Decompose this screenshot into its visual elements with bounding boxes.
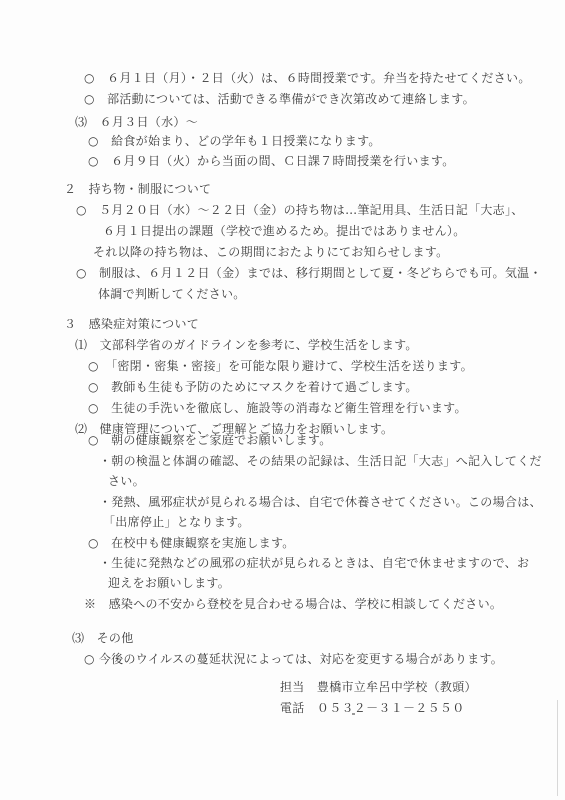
bullet-item: ・朝の検温と体調の確認、その結果の記録は、生活日記「大志」へ記入してくだ <box>99 454 542 468</box>
contact-phone: 電話 ０５３２－３１－２５５０ <box>280 701 465 715</box>
bullet-item-continuation: さい。 <box>108 474 145 488</box>
bullet-item: ・発熱、風邪症状が見られる場合は、自宅で休養させてください。この場合は、 <box>99 495 542 509</box>
list-item: ○ ６月９日（火）から当面の間、Ｃ日課７時間授業を行います。 <box>88 154 455 168</box>
list-item: ○ 制服は、６月１２日（金）までは、移行期間として夏・冬どちらでも可。気温・ <box>76 266 542 280</box>
section-heading: ３ 感染症対策について <box>64 317 199 331</box>
list-item: ○ 部活動については、活動できる準備ができ次第改めて連絡します。 <box>84 92 475 106</box>
list-item-continuation: 体調で判断してください。 <box>98 287 246 301</box>
note-item: ※ 感染への不安から登校を見合わせる場合は、学校に相談してください。 <box>84 597 502 611</box>
bullet-item-continuation: 「出席停止」となります。 <box>103 515 250 529</box>
list-item-continuation: ６月１日提出の課題（学校で進めるため。提出ではありません）。 <box>103 224 466 238</box>
list-item: ○ 教師も生徒も予防のためにマスクを着けて過ごします。 <box>88 380 418 394</box>
page-edge-line <box>557 700 558 796</box>
subsection-heading: ⑴ 文部科学省のガイドラインを参考に、学校生活をします。 <box>75 338 418 352</box>
bullet-item: ・生徒に発熱などの風邪の症状が見られるときは、自宅で休ませますので、お <box>99 556 529 570</box>
list-item: ○ 「密閉・密集・密接」を可能な限り避けて、学校生活を送ります。 <box>88 359 473 373</box>
bullet-item-continuation: 迎えをお願いします。 <box>108 576 230 590</box>
list-item: ○ 朝の健康観察をご家庭でお願いします。 <box>88 433 332 447</box>
list-item: ○ 給食が始まり、どの学年も１日授業になります。 <box>88 134 381 148</box>
list-item: ○ 生徒の手洗いを徹底し、施設等の消毒など衛生管理を行います。 <box>88 401 467 415</box>
section-heading: ２ 持ち物・制服について <box>64 182 211 196</box>
list-item: ○ 今後のウイルスの蔓延状況によっては、対応を変更する場合があります。 <box>84 652 503 666</box>
list-item: ○ ５月２０日（水）～２２日（金）の持ち物は…筆記用具、生活日記「大志」、 <box>76 203 524 217</box>
list-item-continuation: それ以降の持ち物は、この期間におたよりにてお知らせします。 <box>93 245 448 259</box>
scan-speck <box>352 713 355 715</box>
subsection-heading: ⑶ ６月３日（水）～ <box>75 115 198 129</box>
subsection-heading: ⑶ その他 <box>72 631 134 645</box>
contact-person: 担当 豊橋市立牟呂中学校（教頭） <box>280 680 477 694</box>
list-item: ○ 在校中も健康観察を実施します。 <box>88 536 295 550</box>
list-item: ○ ６月１日（月）・２日（火）は、６時間授業です。弁当を持たせてください。 <box>84 71 531 85</box>
